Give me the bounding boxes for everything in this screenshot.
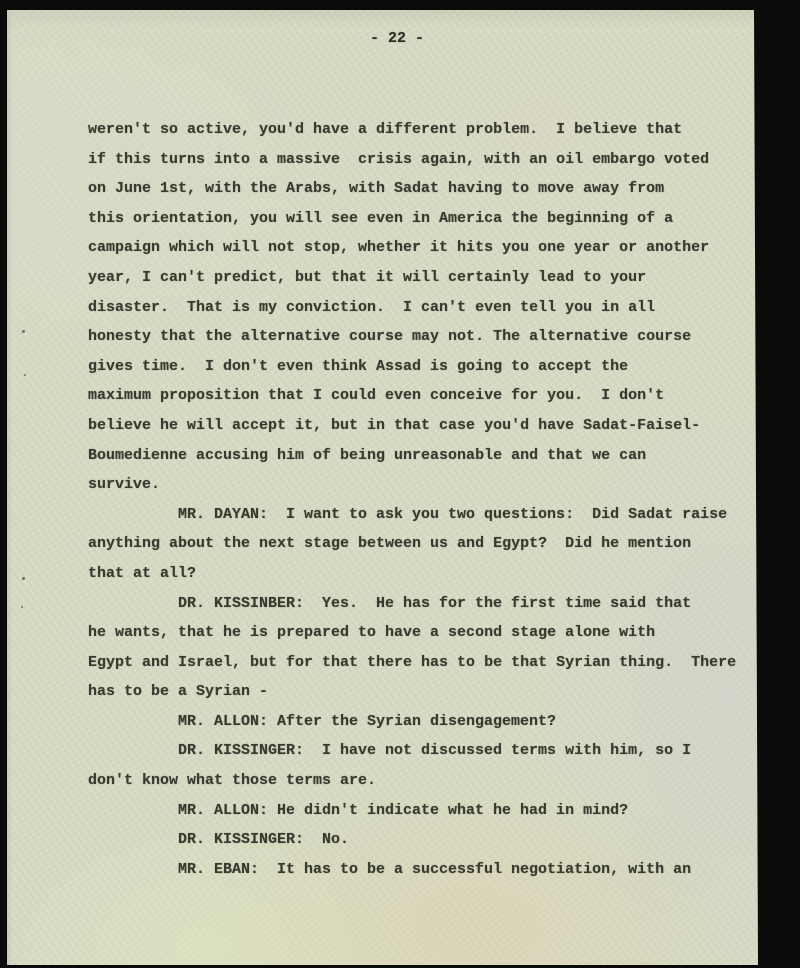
transcript-line: he wants, that he is prepared to have a … [88,618,778,648]
transcript-line: don't know what those terms are. [88,766,778,796]
transcript-line: MR. ALLON: After the Syrian disengagemen… [88,707,778,737]
transcript-line: this orientation, you will see even in A… [88,204,778,234]
transcript-line: MR. ALLON: He didn't indicate what he ha… [88,796,778,826]
scanned-document-page: - 22 - weren't so active, you'd have a d… [0,0,800,968]
page-number: - 22 - [370,30,424,47]
transcript-line: believe he will accept it, but in that c… [88,411,778,441]
transcript-line: weren't so active, you'd have a differen… [88,115,778,145]
transcript-line: year, I can't predict, but that it will … [88,263,778,293]
transcript-line: Boumedienne accusing him of being unreas… [88,441,778,471]
transcript-line: Egypt and Israel, but for that there has… [88,648,778,678]
scan-speck [24,374,26,376]
transcript-line: maximum proposition that I could even co… [88,381,778,411]
transcript-line: on June 1st, with the Arabs, with Sadat … [88,174,778,204]
transcript-line: honesty that the alternative course may … [88,322,778,352]
transcript-line: has to be a Syrian - [88,677,778,707]
transcript-line: DR. KISSINGER: I have not discussed term… [88,736,778,766]
transcript-line: gives time. I don't even think Assad is … [88,352,778,382]
transcript-line: anything about the next stage between us… [88,529,778,559]
transcript-line: if this turns into a massive crisis agai… [88,145,778,175]
transcript-line: MR. EBAN: It has to be a successful nego… [88,855,778,885]
transcript-line: survive. [88,470,778,500]
transcript-line: that at all? [88,559,778,589]
scan-speck [22,577,25,580]
scan-speck [22,330,25,333]
transcript-line: disaster. That is my conviction. I can't… [88,293,778,323]
scan-speck [21,606,23,608]
paper-left-edge [7,10,13,965]
transcript-line: DR. KISSINGER: No. [88,825,778,855]
transcript-line: DR. KISSINBER: Yes. He has for the first… [88,589,778,619]
transcript-line: campaign which will not stop, whether it… [88,233,778,263]
paper-sheet: - 22 - weren't so active, you'd have a d… [7,10,759,965]
transcript-line: MR. DAYAN: I want to ask you two questio… [88,500,778,530]
transcript-text-block: weren't so active, you'd have a differen… [88,115,778,884]
